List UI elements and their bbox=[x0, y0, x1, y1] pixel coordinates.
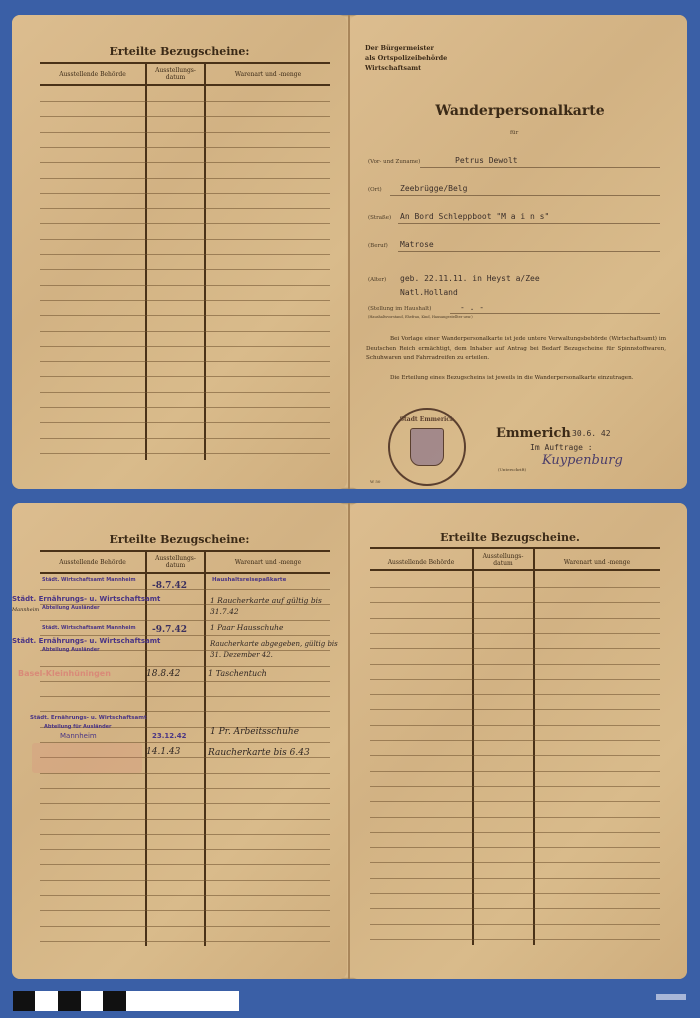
table-rule-line bbox=[40, 376, 330, 377]
issue-place: Emmerich bbox=[496, 426, 571, 441]
table-rule-line bbox=[40, 926, 330, 927]
table-rule-line bbox=[370, 771, 660, 772]
col-head-goods: Warenart und -menge bbox=[206, 71, 330, 78]
field-label-age: (Alter) bbox=[368, 277, 386, 283]
table-rule-line bbox=[40, 193, 330, 194]
issue-date: 23.12.42 bbox=[152, 732, 187, 740]
table-rule-line bbox=[40, 239, 330, 240]
table-top-rule bbox=[40, 62, 330, 64]
signature-label: (Unterschrift) bbox=[498, 467, 526, 472]
field-footnote: (Haushaltsvorstand, Ehefrau, Kind, Hausa… bbox=[368, 315, 473, 319]
table-rule-line bbox=[40, 620, 330, 621]
field-line bbox=[398, 223, 660, 224]
field-value-street: An Bord Schleppboot "M a i n s" bbox=[400, 212, 549, 221]
field-value-occupation: Matrose bbox=[400, 240, 434, 249]
col-divider-2 bbox=[533, 547, 535, 945]
table-rule-line bbox=[40, 132, 330, 133]
goods-entry: 1 Pr. Arbeitsschuhe bbox=[210, 727, 299, 737]
authority-stamp-red: Basel-Kleinhüningen bbox=[18, 669, 111, 678]
table-rule-line bbox=[40, 392, 330, 393]
issuer-line: als Ortspolizeibehörde bbox=[365, 53, 447, 63]
table-rule-line bbox=[40, 208, 330, 209]
field-value-household: - . - bbox=[460, 303, 484, 312]
table-rule-line bbox=[40, 711, 330, 712]
authority-stamp: Städt. Ernährungs- u. Wirtschaftsamt bbox=[30, 715, 147, 721]
table-rule-line bbox=[40, 941, 330, 942]
authority-handwritten: Mannheim bbox=[12, 607, 39, 613]
bottom-left-page: Erteilte Bezugscheine: Ausstellende Behö… bbox=[12, 503, 347, 979]
table-rule-line bbox=[40, 895, 330, 896]
left-page-heading: Erteilte Bezugscheine: bbox=[12, 533, 347, 546]
col-head-date: Ausstellungs-datum bbox=[147, 67, 204, 81]
table-rule-line bbox=[370, 602, 660, 603]
table-rule-line bbox=[40, 666, 330, 667]
authority-stamp: Städt. Wirtschaftsamt Mannheim bbox=[42, 625, 136, 631]
card-title: Wanderpersonalkarte bbox=[390, 103, 650, 119]
issuer-block: Der Bürgermeister als Ortspolizeibehörde… bbox=[365, 43, 447, 73]
col-divider-1 bbox=[145, 62, 147, 460]
scale-segment bbox=[35, 991, 58, 1011]
table-rule-line bbox=[370, 648, 660, 649]
goods-entry: Raucherkarte bis 6.43 bbox=[208, 748, 310, 758]
table-rule-line bbox=[40, 422, 330, 423]
for-label: für bbox=[510, 130, 518, 136]
field-label-street: (Straße) bbox=[368, 215, 391, 221]
table-rule-line bbox=[40, 331, 330, 332]
table-rule-line bbox=[370, 664, 660, 665]
table-rule-line bbox=[40, 864, 330, 865]
table-rule-line bbox=[370, 924, 660, 925]
issue-date: -8.7.42 bbox=[152, 581, 187, 591]
field-line bbox=[420, 167, 660, 168]
table-rule-line bbox=[40, 223, 330, 224]
table-rule-line bbox=[370, 801, 660, 802]
issuer-line: Wirtschaftsamt bbox=[365, 63, 447, 73]
table-rule-line bbox=[370, 847, 660, 848]
field-value-age: geb. 22.11.11. in Heyst a/Zee bbox=[400, 274, 540, 283]
scale-segment bbox=[58, 991, 81, 1011]
field-label-occupation: (Beruf) bbox=[368, 243, 388, 249]
color-scale-bar bbox=[13, 991, 239, 1011]
table-rule-line bbox=[370, 908, 660, 909]
field-value-place: Zeebrügge/Belg bbox=[400, 184, 467, 193]
col-head-authority: Ausstellende Behörde bbox=[40, 71, 145, 78]
table-rule-line bbox=[40, 361, 330, 362]
col-head-goods: Warenart und -menge bbox=[534, 559, 660, 566]
col-divider-2 bbox=[204, 550, 206, 946]
field-label-name: (Vor- und Zuname) bbox=[368, 159, 420, 165]
signature: Kuypenburg bbox=[542, 453, 623, 468]
table-top-rule bbox=[40, 550, 330, 552]
form-number: W 50 bbox=[370, 479, 380, 484]
scale-segment bbox=[13, 991, 35, 1011]
table-rule-line bbox=[40, 803, 330, 804]
table-rule-line bbox=[40, 315, 330, 316]
scale-segment bbox=[81, 991, 103, 1011]
col-head-date: Ausstellungs-datum bbox=[147, 555, 204, 569]
table-rule-line bbox=[370, 587, 660, 588]
table-rule-line bbox=[370, 709, 660, 710]
goods-stamp: Haushaltsreisepaßkarte bbox=[212, 577, 286, 583]
col-divider-1 bbox=[472, 547, 474, 945]
scale-segment bbox=[103, 991, 126, 1011]
top-right-page: Der Bürgermeister als Ortspolizeibehörde… bbox=[350, 15, 687, 489]
table-rule-line bbox=[40, 269, 330, 270]
authority-sub: Abteilung Ausländer bbox=[42, 647, 100, 653]
goods-entry: Raucherkarte abgegeben, gültig bis 31. D… bbox=[210, 639, 342, 661]
authority-sub: Abteilung für Ausländer bbox=[44, 724, 112, 730]
field-value-nationality: Natl.Holland bbox=[400, 288, 458, 297]
table-rule-line bbox=[40, 438, 330, 439]
table-rule-line bbox=[40, 453, 330, 454]
issue-date: -9.7.42 bbox=[152, 625, 187, 635]
instructions-paragraph-2: Die Erteilung eines Bezugscheins ist jew… bbox=[366, 374, 666, 384]
table-rule-line bbox=[40, 910, 330, 911]
seal-text: Stadt Emmerich bbox=[390, 416, 464, 423]
table-rule-line bbox=[370, 725, 660, 726]
authority-stamp: Städt. Ernährungs- u. Wirtschaftsamt bbox=[12, 595, 160, 603]
table-rule-line bbox=[40, 407, 330, 408]
table-rule-line bbox=[40, 880, 330, 881]
issue-date: 30.6. 42 bbox=[572, 429, 611, 438]
table-rule-line bbox=[370, 862, 660, 863]
table-rule-line bbox=[370, 755, 660, 756]
field-line bbox=[398, 251, 660, 252]
table-rule-line bbox=[370, 893, 660, 894]
left-page-heading: Erteilte Bezugscheine: bbox=[12, 45, 347, 58]
table-rule-line bbox=[40, 116, 330, 117]
table-rule-line bbox=[40, 346, 330, 347]
field-line bbox=[390, 195, 660, 196]
instructions-paragraph-1: Bei Vorlage einer Wanderpersonalkarte is… bbox=[366, 335, 666, 364]
table-rule-line bbox=[370, 679, 660, 680]
bottom-right-page: Erteilte Bezugscheine. Ausstellende Behö… bbox=[350, 503, 687, 979]
table-rule-line bbox=[40, 788, 330, 789]
bottom-sheet: Erteilte Bezugscheine: Ausstellende Behö… bbox=[12, 503, 687, 979]
issuer-line: Der Bürgermeister bbox=[365, 43, 447, 53]
table-head-rule bbox=[370, 569, 660, 571]
col-head-date: Ausstellungs-datum bbox=[474, 553, 532, 567]
table-rule-line bbox=[370, 740, 660, 741]
table-rule-line bbox=[40, 285, 330, 286]
field-label-household: (Stellung im Haushalt) bbox=[368, 306, 431, 312]
table-head-rule bbox=[40, 572, 330, 574]
coat-of-arms-icon bbox=[410, 428, 444, 466]
table-rule-line bbox=[40, 834, 330, 835]
table-rule-line bbox=[370, 618, 660, 619]
city-seal-stamp: Stadt Emmerich bbox=[388, 408, 466, 486]
scale-segment bbox=[126, 991, 239, 1011]
table-rule-line bbox=[370, 694, 660, 695]
table-rule-line bbox=[40, 147, 330, 148]
col-divider-2 bbox=[204, 62, 206, 460]
top-sheet: Erteilte Bezugscheine: Ausstellende Behö… bbox=[12, 15, 687, 489]
table-rule-line bbox=[40, 101, 330, 102]
authority-stamp: Städt. Wirtschaftsamt Mannheim bbox=[42, 577, 136, 583]
scale-marker bbox=[656, 994, 686, 1000]
table-rule-line bbox=[40, 162, 330, 163]
issue-date: 14.1.43 bbox=[146, 747, 180, 757]
authority-sub: Abteilung Ausländer bbox=[42, 605, 100, 611]
goods-entry: 1 Raucherkarte auf gültig bis 31.7.42 bbox=[210, 595, 340, 617]
table-rule-line bbox=[40, 696, 330, 697]
table-rule-line bbox=[40, 178, 330, 179]
table-head-rule bbox=[40, 84, 330, 86]
field-line bbox=[450, 313, 660, 314]
table-rule-line bbox=[40, 681, 330, 682]
goods-entry: 1 Paar Hausschuhe bbox=[210, 623, 283, 632]
table-rule-line bbox=[40, 254, 330, 255]
top-left-page: Erteilte Bezugscheine: Ausstellende Behö… bbox=[12, 15, 347, 489]
table-rule-line bbox=[40, 300, 330, 301]
field-label-place: (Ort) bbox=[368, 187, 382, 193]
table-top-rule bbox=[370, 547, 660, 549]
table-rule-line bbox=[40, 849, 330, 850]
table-rule-line bbox=[370, 786, 660, 787]
col-head-goods: Warenart und -menge bbox=[206, 559, 330, 566]
authority-city: Mannheim bbox=[60, 732, 97, 740]
table-rule-line bbox=[370, 633, 660, 634]
authority-stamp: Städt. Ernährungs- u. Wirtschaftsamt bbox=[12, 637, 160, 645]
red-stamp-faded bbox=[32, 743, 142, 773]
table-rule-line bbox=[370, 832, 660, 833]
right-page-heading: Erteilte Bezugscheine. bbox=[350, 531, 670, 544]
issue-date: 18.8.42 bbox=[146, 669, 180, 679]
goods-entry: 1 Taschentuch bbox=[208, 669, 267, 678]
table-rule-line bbox=[40, 819, 330, 820]
field-value-name: Petrus Dewolt bbox=[455, 156, 518, 165]
table-rule-line bbox=[40, 635, 330, 636]
table-rule-line bbox=[370, 817, 660, 818]
on-behalf-text: Im Auftrage : bbox=[530, 443, 593, 452]
col-head-authority: Ausstellende Behörde bbox=[40, 559, 145, 566]
table-rule-line bbox=[370, 939, 660, 940]
col-head-authority: Ausstellende Behörde bbox=[370, 559, 472, 566]
table-rule-line bbox=[370, 878, 660, 879]
